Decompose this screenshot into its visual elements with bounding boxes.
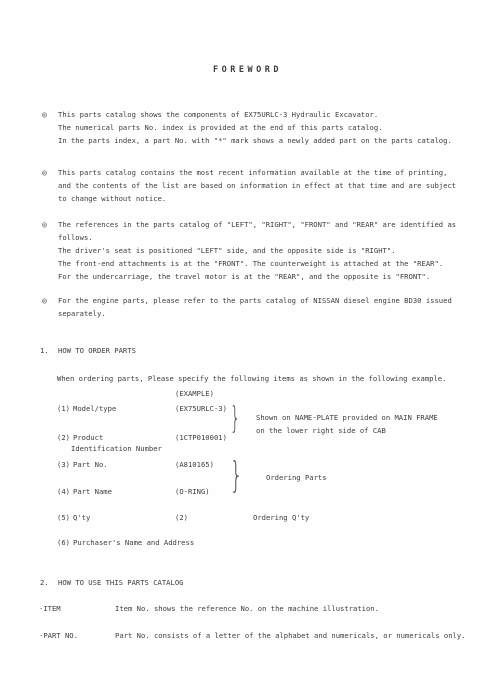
foreword-page: FOREWORD ◎ This parts catalog shows the …: [0, 0, 495, 700]
bullet-text: This parts catalog contains the most rec…: [58, 166, 456, 205]
bullet-line: For the undercarriage, the travel motor …: [58, 270, 456, 283]
row-label: Part No.: [73, 460, 108, 469]
bullet-line: In the parts index, a part No. with "*" …: [58, 134, 452, 147]
bullet-icon: ◎: [42, 294, 58, 307]
brace-icon: }: [230, 402, 241, 436]
definition-term: ·PART NO.: [39, 631, 78, 640]
bullet-icon: ◎: [42, 166, 58, 179]
example-row-3: (3) Part No. (A810165): [0, 460, 495, 472]
definition-item-part-no: ·PART NO. Part No. consists of a letter …: [0, 631, 495, 643]
section-1-heading: 1. HOW TO ORDER PARTS: [40, 346, 136, 355]
row-number: (5): [57, 513, 70, 522]
section-2-heading: 2. HOW TO USE THIS PARTS CATALOG: [40, 578, 184, 587]
definition-desc: Item No. shows the reference No. on the …: [115, 604, 379, 613]
row-value: (A810165): [175, 460, 214, 469]
row-value: (O-RING): [175, 487, 210, 496]
definition-item-item: ·ITEM Item No. shows the reference No. o…: [0, 604, 495, 616]
row-sublabel: Identification Number: [71, 444, 162, 453]
bullet-text: For the engine parts, please refer to th…: [58, 294, 452, 320]
example-row-5: (5) Q'ty (2) Ordering Q'ty: [0, 513, 495, 525]
definition-desc: Part No. consists of a letter of the alp…: [115, 631, 466, 640]
bullet-paragraph-1: ◎ This parts catalog shows the component…: [42, 108, 452, 147]
bullet-icon: ◎: [42, 218, 58, 231]
page-title: FOREWORD: [0, 65, 495, 75]
row-value: (EX75URLC-3): [175, 404, 227, 413]
bullet-line: The driver's seat is positioned "LEFT" s…: [58, 244, 456, 257]
example-label: (EXAMPLE): [175, 389, 214, 398]
brace-note-ordering-parts: Ordering Parts: [266, 473, 327, 482]
row-label: Purchaser's Name and Address: [73, 538, 194, 547]
section-number: 2.: [40, 578, 58, 587]
row-number: (4): [57, 487, 70, 496]
bullet-line: For the engine parts, please refer to th…: [58, 294, 452, 307]
example-row-6: (6) Purchaser's Name and Address: [0, 538, 495, 550]
bullet-paragraph-4: ◎ For the engine parts, please refer to …: [42, 294, 452, 320]
bullet-paragraph-2: ◎ This parts catalog contains the most r…: [42, 166, 456, 205]
bullet-line: to change without notice.: [58, 192, 456, 205]
bullet-line: The references in the parts catalog of "…: [58, 218, 456, 231]
bullet-line: and the contents of the list are based o…: [58, 179, 456, 192]
row-number: (2): [57, 433, 70, 442]
bullet-line: This parts catalog contains the most rec…: [58, 166, 456, 179]
bullet-line: This parts catalog shows the components …: [58, 108, 452, 121]
example-row-4: (4) Part Name (O-RING): [0, 487, 495, 499]
bullet-line: follows.: [58, 231, 456, 244]
section-number: 1.: [40, 346, 58, 355]
row-note: Ordering Q'ty: [253, 513, 309, 522]
bullet-line: The numerical parts No. index is provide…: [58, 121, 452, 134]
row-label: Model/type: [73, 404, 116, 413]
row-value: (2): [175, 513, 188, 522]
bullet-paragraph-3: ◎ The references in the parts catalog of…: [42, 218, 456, 283]
row-number: (1): [57, 404, 70, 413]
bullet-text: The references in the parts catalog of "…: [58, 218, 456, 283]
bullet-line: The front-end attachments is at the "FRO…: [58, 257, 456, 270]
bullet-text: This parts catalog shows the components …: [58, 108, 452, 147]
row-label: Product: [73, 433, 103, 442]
row-label: Q'ty: [73, 513, 90, 522]
section-title: HOW TO USE THIS PARTS CATALOG: [58, 578, 184, 587]
section-title: HOW TO ORDER PARTS: [58, 346, 136, 355]
bullet-icon: ◎: [42, 108, 58, 121]
row-number: (6): [57, 538, 70, 547]
definition-term: ·ITEM: [39, 604, 61, 613]
row-label: Part Name: [73, 487, 112, 496]
brace-note-line: Shown on NAME-PLATE provided on MAIN FRA…: [256, 412, 438, 425]
row-value: (1CTP010001): [175, 433, 227, 442]
bullet-line: separately.: [58, 307, 452, 320]
section-1-intro: When ordering parts, Please specify the …: [57, 374, 446, 383]
row-number: (3): [57, 460, 70, 469]
